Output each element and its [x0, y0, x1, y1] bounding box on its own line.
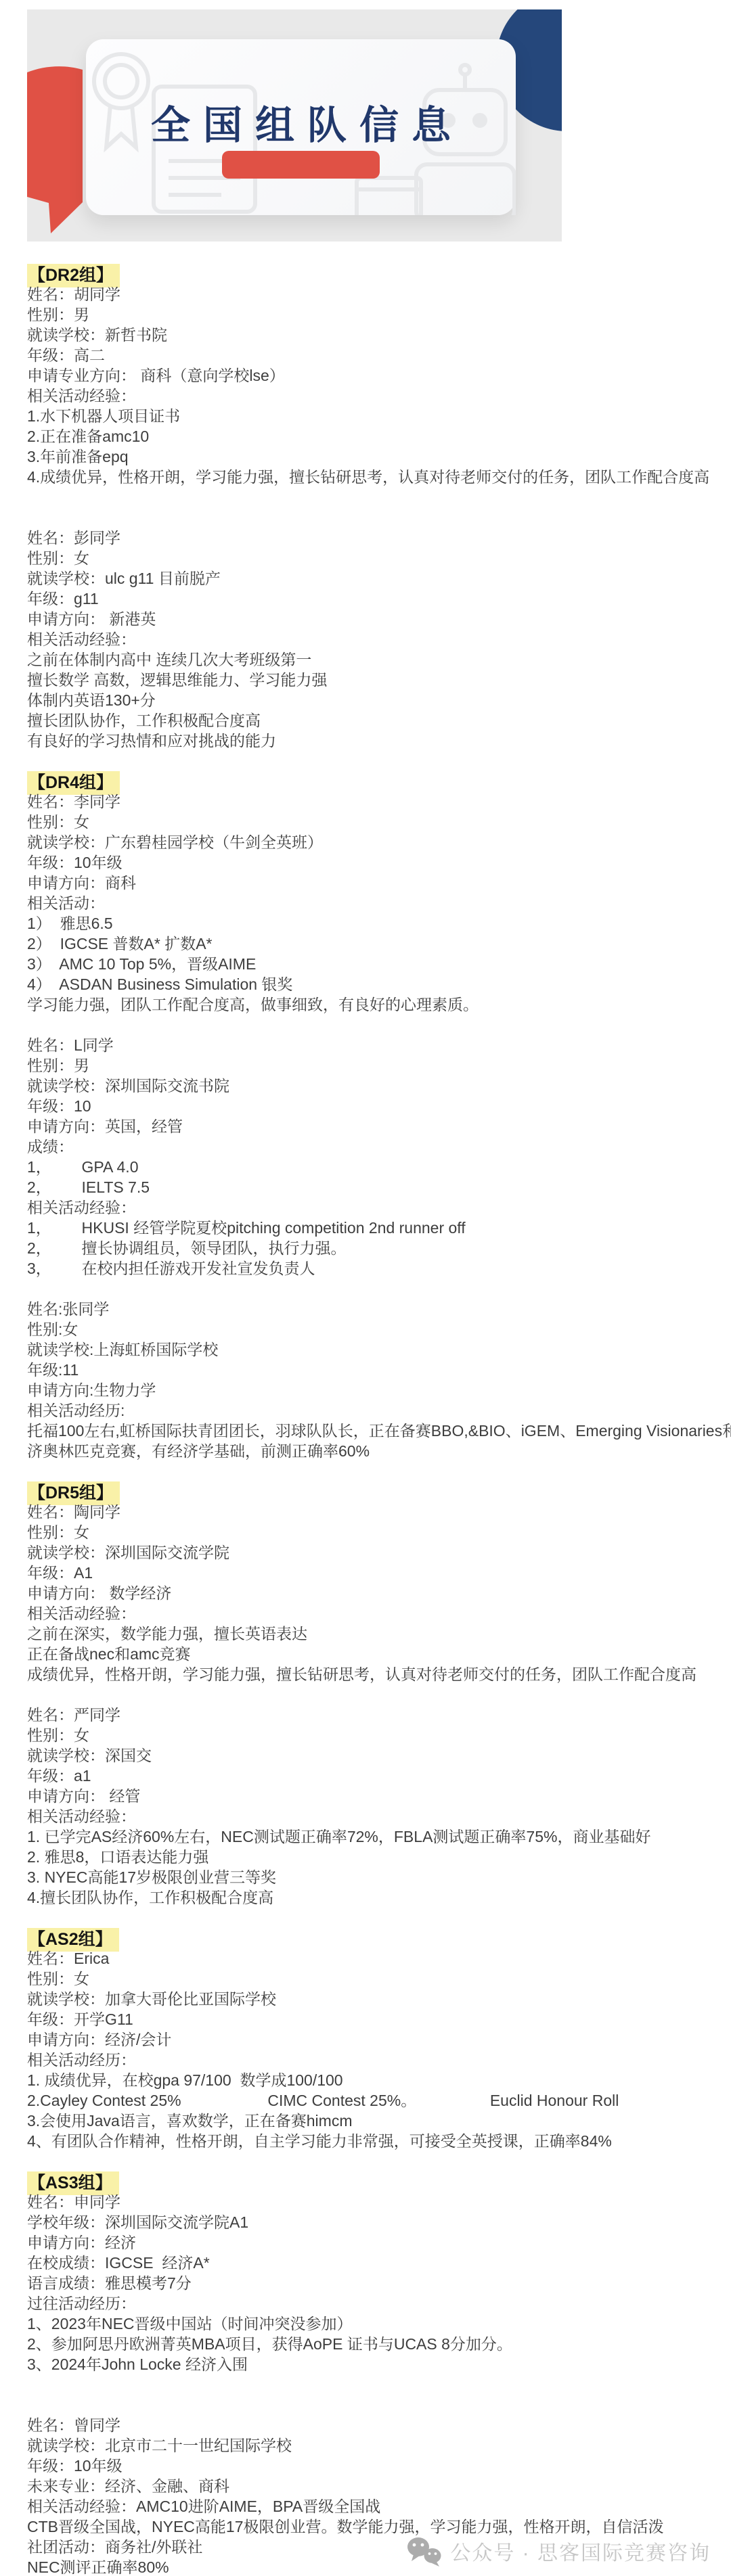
blank-line	[27, 1908, 731, 1928]
text-line: 3） AMC 10 Top 5%，晋级AIME	[27, 954, 731, 974]
text-line: 1， HKUSI 经管学院夏校pitching competition 2nd …	[27, 1218, 731, 1238]
text-line: 1） 雅思6.5	[27, 913, 731, 934]
text-line: 姓名：陶同学	[27, 1502, 731, 1522]
text-line: 年级:11	[27, 1360, 731, 1380]
text-line: 姓名：严同学	[27, 1705, 731, 1725]
text-line: 性别：男	[27, 1055, 731, 1076]
blank-line	[27, 2374, 731, 2395]
text-line: 性别：女	[27, 1969, 731, 1989]
text-line: 2） IGCSE 普数A* 扩数A*	[27, 934, 731, 954]
text-line: 相关活动经历：	[27, 2050, 731, 2070]
blank-line	[27, 1015, 731, 1035]
text-line: 1. 已学完AS经济60%左右，NEC测试题正确率72%，FBLA测试题正确率7…	[27, 1826, 731, 1847]
text-line: 就读学校：深国交	[27, 1745, 731, 1766]
text-line: 3， 在校内担任游戏开发社宣发负责人	[27, 1258, 731, 1279]
text-line: 3、2024年John Locke 经济入围	[27, 2354, 731, 2374]
text-line: 申请方向：英国，经管	[27, 1116, 731, 1136]
text-line: 过往活动经历：	[27, 2293, 731, 2314]
text-line: 1、2023年NEC晋级中国站（时间冲突没参加）	[27, 2314, 731, 2334]
text-line: 性别：女	[27, 1522, 731, 1542]
text-line: 未来专业：经济、金融、商科	[27, 2476, 731, 2496]
text-line: 就读学校:上海虹桥国际学校	[27, 1339, 731, 1360]
text-line: 相关活动经验：	[27, 1806, 731, 1826]
text-line: 申请方向：经济	[27, 2232, 731, 2253]
text-line: 擅长数学 高数，逻辑思维能力、学习能力强	[27, 670, 731, 690]
text-line: 之前在深实，数学能力强，擅长英语表达	[27, 1624, 731, 1644]
text-line: 之前在体制内高中 连续几次大考班级第一	[27, 649, 731, 670]
text-line: 在校成绩：IGCSE 经济A*	[27, 2253, 731, 2273]
text-line: 年级：a1	[27, 1766, 731, 1786]
title-card: 全国组队信息	[86, 39, 516, 215]
text-line: 成绩优异，性格开朗，学习能力强，擅长钻研思考，认真对待老师交付的任务，团队工作配…	[27, 1664, 731, 1684]
blank-line	[27, 1684, 731, 1705]
blank-line	[27, 2151, 731, 2171]
text-line: 相关活动经验：AMC10进阶AIME，BPA晋级全国战	[27, 2496, 731, 2516]
text-line: 2.Cayley Contest 25% CIMC Contest 25%。 E…	[27, 2090, 731, 2111]
group-header-line: 【AS2组】	[27, 1928, 731, 1948]
text-line: 姓名:张同学	[27, 1299, 731, 1319]
document-body: 【DR2组】姓名：胡同学性别：男就读学校：新哲书院年级：高二申请专业方向： 商科…	[0, 264, 731, 2576]
text-line: 2.正在准备amc10	[27, 426, 731, 446]
text-line: 4.擅长团队协作，工作积极配合度高	[27, 1887, 731, 1908]
text-line: 相关活动经验：	[27, 1603, 731, 1624]
group-header-line: 【DR5组】	[27, 1481, 731, 1502]
text-line: 语言成绩：雅思模考7分	[27, 2273, 731, 2293]
text-line: 3. NYEC高能17岁极限创业营三等奖	[27, 1867, 731, 1887]
text-line: 擅长团队协作，工作积极配合度高	[27, 710, 731, 731]
text-line: 申请方向： 新港英	[27, 609, 731, 629]
text-line: 年级：高二	[27, 345, 731, 365]
text-line: 姓名：李同学	[27, 791, 731, 812]
text-line: 3.年前准备epq	[27, 446, 731, 467]
text-line: 2， 擅长协调组员，领导团队，执行力强。	[27, 1238, 731, 1258]
text-line: 年级：A1	[27, 1563, 731, 1583]
text-line: 姓名：曾同学	[27, 2415, 731, 2435]
text-line: 年级：10年级	[27, 852, 731, 873]
text-line: 年级：10	[27, 1096, 731, 1116]
blank-line	[27, 487, 731, 507]
blank-line	[27, 2395, 731, 2415]
text-line: 申请方向： 经管	[27, 1786, 731, 1806]
gift-box-icon	[357, 178, 421, 215]
text-line: 性别:女	[27, 1319, 731, 1339]
blank-line	[27, 1279, 731, 1299]
text-line: 性别：女	[27, 548, 731, 568]
text-line: 就读学校：北京市二十一世纪国际学校	[27, 2435, 731, 2456]
watermark: 公众号 · 思客国际竞赛咨询	[407, 2533, 711, 2569]
text-line: 姓名：彭同学	[27, 528, 731, 548]
red-quote-shape	[27, 9, 88, 239]
text-line: 学习能力强，团队工作配合度高，做事细致，有良好的心理素质。	[27, 994, 731, 1015]
text-line: 年级：10年级	[27, 2456, 731, 2476]
group-header-line: 【AS3组】	[27, 2171, 731, 2192]
blank-line	[27, 751, 731, 771]
text-line: 1. 成绩优异，在校gpa 97/100 数学成100/100	[27, 2070, 731, 2090]
text-line: 学校年级：深圳国际交流学院A1	[27, 2212, 731, 2232]
text-line: 4） ASDAN Business Simulation 银奖	[27, 974, 731, 994]
text-line: 2. 雅思8，口语表达能力强	[27, 1847, 731, 1867]
text-line: 性别：女	[27, 812, 731, 832]
text-line: 4.成绩优异，性格开朗，学习能力强，擅长钻研思考，认真对待老师交付的任务，团队工…	[27, 467, 731, 487]
text-line: 就读学校：加拿大哥伦比亚国际学校	[27, 1989, 731, 2009]
text-line: 3.会使用Java语言，喜欢数学，正在备赛himcm	[27, 2111, 731, 2131]
title-underline-bar	[222, 151, 380, 179]
text-line: 2、参加阿思丹欧洲菁英MBA项目，获得AoPE 证书与UCAS 8分加分。	[27, 2334, 731, 2354]
blank-line	[27, 1461, 731, 1481]
text-line: 1.水下机器人项目证书	[27, 406, 731, 426]
text-line: 正在备战nec和amc竞赛	[27, 1644, 731, 1664]
text-line: 1， GPA 4.0	[27, 1157, 731, 1177]
text-line: 济奥林匹克竞赛，有经济学基础，前测正确率60%	[27, 1441, 731, 1461]
text-line: 相关活动经验：	[27, 1197, 731, 1218]
text-line: 相关活动经验：	[27, 629, 731, 649]
text-line: 申请方向:生物力学	[27, 1380, 731, 1400]
text-line: 姓名：Erica	[27, 1948, 731, 1969]
text-line: 就读学校：ulc g11 目前脱产	[27, 568, 731, 589]
text-line: 2， IELTS 7.5	[27, 1177, 731, 1197]
blank-line	[27, 507, 731, 528]
text-line: 有良好的学习热情和应对挑战的能力	[27, 731, 731, 751]
text-line: 年级：开学G11	[27, 2009, 731, 2029]
text-line: 就读学校：新哲书院	[27, 325, 731, 345]
text-line: 申请方向：商科	[27, 873, 731, 893]
text-line: 就读学校：深圳国际交流书院	[27, 1076, 731, 1096]
header-banner: 全国组队信息	[27, 9, 562, 241]
wechat-icon	[407, 2535, 442, 2567]
text-line: 体制内英语130+分	[27, 690, 731, 710]
text-line: 就读学校：广东碧桂园学校（牛剑全英班）	[27, 832, 731, 852]
group-header-line: 【DR2组】	[27, 264, 731, 284]
text-line: 相关活动：	[27, 893, 731, 913]
text-line: 托福100左右,虹桥国际扶青团团长，羽球队队长，正在备赛BBO,&BIO、iGE…	[27, 1421, 731, 1441]
text-line: 相关活动经验：	[27, 386, 731, 406]
text-line: 性别：女	[27, 1725, 731, 1745]
watermark-text: 公众号 · 思客国际竞赛咨询	[450, 2536, 711, 2566]
text-line: 姓名：申同学	[27, 2192, 731, 2212]
text-line: 成绩：	[27, 1136, 731, 1157]
text-line: 性别：男	[27, 304, 731, 325]
text-line: 姓名：L同学	[27, 1035, 731, 1055]
page-title: 全国组队信息	[86, 93, 516, 150]
text-line: 申请方向：经济/会计	[27, 2029, 731, 2050]
group-header-line: 【DR4组】	[27, 771, 731, 791]
text-line: 姓名：胡同学	[27, 284, 731, 304]
text-line: 4、有团队合作精神，性格开朗，自主学习能力非常强，可接受全英授课，正确率84%	[27, 2131, 731, 2151]
text-line: 年级：g11	[27, 589, 731, 609]
text-line: 相关活动经历:	[27, 1400, 731, 1421]
text-line: 申请专业方向： 商科（意向学校lse）	[27, 365, 731, 386]
text-line: 申请方向： 数学经济	[27, 1583, 731, 1603]
text-line: 就读学校：深圳国际交流学院	[27, 1542, 731, 1563]
